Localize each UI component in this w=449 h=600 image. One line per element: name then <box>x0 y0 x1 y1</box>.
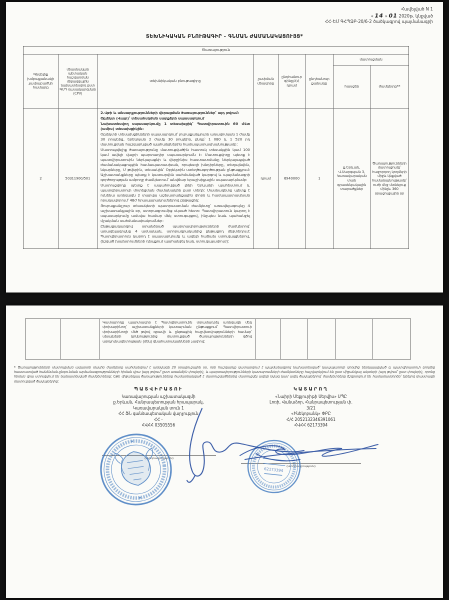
continuation-cell-empty <box>26 319 61 359</box>
continuation-cell-empty <box>336 319 373 359</box>
continuation-cell-empty <box>256 319 281 359</box>
annex-header: Հավելված N 1 « 14 » 01 2020թ. կնքված ՀՀ-… <box>325 7 433 25</box>
row-delivery-term: Ծառայությունների մատուցումը՝ հաջորդող կո… <box>371 109 409 249</box>
photo-background: Հավելված N 1 « 14 » 01 2020թ. կնքված ՀՀ-… <box>0 0 449 600</box>
contractor-heading: ԿԱՏԱՐՈՂ <box>245 387 377 393</box>
continuation-cell-empty <box>373 319 411 359</box>
column-header-spec: տեխնիկական բնութագիրը <box>98 55 254 109</box>
row-technical-spec: 2.Վթի և անսարքությունների վերացման ծառայ… <box>98 109 254 249</box>
column-header-cpv: միասնական պետական հաշվառման միջազգային ն… <box>59 55 98 109</box>
continuation-cell-empty <box>308 319 336 359</box>
quote-open: « <box>371 14 374 19</box>
quote-close: » <box>385 14 388 19</box>
customer-heading: ՊԱՏՎԻՐԱՏՈՒ <box>81 387 236 393</box>
continuation-spec-text: Կատարողը պարտավոր է Պատվիրատուին տրամադր… <box>100 319 256 359</box>
customer-stamp-icon <box>96 430 175 509</box>
row-lot-number: 2 <box>24 109 59 249</box>
specification-table: Ծառայություն Գնվելիք խմբաքանակի չափաբաժն… <box>23 46 409 249</box>
spec-paragraph: Ընթացակարգով ստանձնած պարտավորություններ… <box>101 224 251 244</box>
annex-year-text: 2020թ. կնքված <box>399 14 433 19</box>
contractor-block: ԿԱՏԱՐՈՂ «Նաիրի Սեքյուրիթի Սերվիս» ՍՊԸ Լո… <box>245 387 377 429</box>
column-header-qty: ընդհանուր քանակը <box>306 55 334 109</box>
table-section-header: Ծառայություն <box>24 47 409 55</box>
footnote-text: * Ծառայությունների մատուցման ավարտի մասի… <box>14 366 435 384</box>
document-page-1: Հավելված N 1 « 14 » 01 2020թ. կնքված ՀՀ-… <box>6 2 443 293</box>
specification-table-continuation: Կատարողը պարտավոր է Պատվիրատուին տրամադր… <box>25 319 411 360</box>
row-cpv-code: 50311900/501 <box>59 109 98 249</box>
spec-paragraph: Նախատեսվող սպասարկումը 1 տեսախցիկ՝ Պատվի… <box>101 122 251 132</box>
spec-paragraph: Օբյեկտի տեսախցիկների սպասարկում՝ յուրաքա… <box>101 132 251 147</box>
spec-paragraph: Օբյեկտ (Վայր)՝ տեսահսկման սարքերի սպասար… <box>101 116 251 121</box>
contractor-signature-icon <box>240 445 378 461</box>
row-delivery-address: ք.Երևան, Վ.Սարգսյան 3, Կառավարական տան գ… <box>334 109 371 249</box>
spec-paragraph: Մատուցվողը պետք է ապահովված լինի Երևանի … <box>101 183 251 203</box>
column-header-address: հասցեն <box>334 66 371 109</box>
spec-paragraph: 2.Վթի և անսարքությունների վերացման ծառայ… <box>101 111 251 116</box>
row-price: 6940000 <box>279 109 306 249</box>
column-header-lot: Գնվելիք խմբաքանակի չափաբաժնի համարը <box>24 55 59 109</box>
column-header-term: ժամկետը** <box>371 66 409 109</box>
spec-paragraph: Մատուցվելիք ծառայությունը մատուցվածին հա… <box>101 148 251 183</box>
contractor-line: ՀՎՀՀ 62173394 <box>245 423 377 429</box>
contractor-signature-caption: (ստորագրություն) <box>241 465 361 469</box>
row-unit: դրամ <box>254 109 279 249</box>
annex-line-2: « 14 » 01 2020թ. կնքված <box>325 13 433 20</box>
column-header-unit: չափման միավորը <box>254 55 279 109</box>
continuation-cell-empty <box>61 319 100 359</box>
handwritten-day: 14 <box>375 12 384 19</box>
continuation-cell-empty <box>281 319 308 359</box>
spec-paragraph: Յուրաքանչյուր տեսակետի պատրաստման ժամկետ… <box>101 204 251 224</box>
handwritten-month: 01 <box>389 12 398 19</box>
customer-signature-caption: (ստորագրություն) <box>102 457 216 461</box>
annex-line-3: ՀՀ-ԵՄ ԳՀՊՁԲ-20/6-2 ծածկագրով պայմանագրի <box>325 20 433 26</box>
document-page-2: Կատարողը պարտավոր է Պատվիրատուին տրամադր… <box>6 306 443 599</box>
customer-line: ՀՎՀՀ 03505556 <box>81 423 236 429</box>
page-title: ՏԵԽՆԻԿԱԿԱՆ ԲՆՈՒԹԱԳԻՐ - ԳՆՄԱՆ ԺԱՄԱՆԱԿԱՑՈՒ… <box>6 34 443 40</box>
column-group-delivery: մատուցման <box>334 55 409 66</box>
customer-block: ՊԱՏՎԻՐԱՏՈՒ Կառավարության աշխատակազմի ք.Ե… <box>81 387 236 429</box>
row-quantity: 1 <box>306 109 334 249</box>
column-header-price: ընդհանուր գինը/ՀՀ դրամ <box>279 55 306 109</box>
